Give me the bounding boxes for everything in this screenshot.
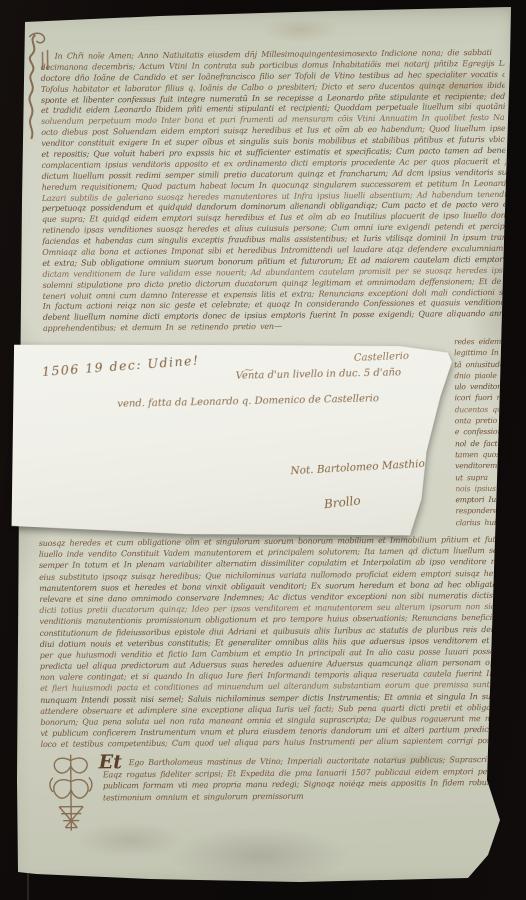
manuscript-fragment: e confessione xyxy=(455,426,513,438)
manuscript-fragment: tamen quos xyxy=(455,449,513,461)
slip-signature-flourish: Brollo xyxy=(323,493,361,511)
manuscript-fragment: emptori Iura xyxy=(455,494,513,506)
backdrop-seam xyxy=(27,872,29,900)
slip-note-line1: Ve͠nta d'un livello in duc. 5 d'año xyxy=(236,367,402,381)
manuscript-fragment: dnio piaole et xyxy=(454,370,512,382)
slip-corner-note: Castellerio xyxy=(354,351,409,364)
slip-date-annotation: 1506 19 dec: Udine! xyxy=(41,352,199,379)
archival-slip: Castellerio 1506 19 dec: Udine! Ve͠nta d… xyxy=(11,341,452,538)
manuscript-fragment: respondere suo xyxy=(455,505,513,517)
manuscript-fragment: clarius huic xyxy=(456,517,514,529)
manuscript-line: testimonium omnium et singulorum premiss… xyxy=(103,788,507,803)
notary-sign xyxy=(45,751,98,839)
manuscript-fragment: ducentos quos xyxy=(455,404,513,416)
manuscript-fragment: ulo venditor su xyxy=(454,381,512,393)
manuscript-fragment: venditorem xyxy=(455,460,513,472)
manuscript-fragment: icori fuori nel xyxy=(455,392,513,404)
slip-notary-signature: Not. Bartolomeo Masthio xyxy=(290,458,425,477)
notary-closing-block: Ego Bartholomeus mastinus de Vtino; Impe… xyxy=(103,754,507,806)
manuscript-fragment: nol de facto xyxy=(455,437,513,449)
manuscript-fragment: redes eidem emp— xyxy=(454,336,512,348)
slip-paper: Castellerio 1506 19 dec: Udine! Ve͠nta d… xyxy=(11,341,452,538)
manuscript-fragment: onta pretio xyxy=(455,415,513,427)
manuscript-fragment: legittimo In xyxy=(454,347,512,359)
manuscript-fragment: nois ipsius xyxy=(455,483,513,495)
text-fragments-right-of-slip: redes eidem emp—legittimo Intã oniusitud… xyxy=(454,336,514,532)
photograph-of-parchment-deed: In Chr̃i noĩe Amen; Anno Natiuitatis eiu… xyxy=(0,0,526,900)
slip-note-line2: vend. fatta da Leonardo q. Domenico de C… xyxy=(117,393,379,409)
manuscript-fragment: ut supra xyxy=(455,471,513,483)
opening-text-block: In Chr̃i noĩe Amen; Anno Natiuitatis eiu… xyxy=(41,48,507,337)
manuscript-fragment: tã oniusitude et xyxy=(454,358,512,370)
body-text-block: suosqz heredes et cum obligatione oĩm et… xyxy=(39,534,509,753)
